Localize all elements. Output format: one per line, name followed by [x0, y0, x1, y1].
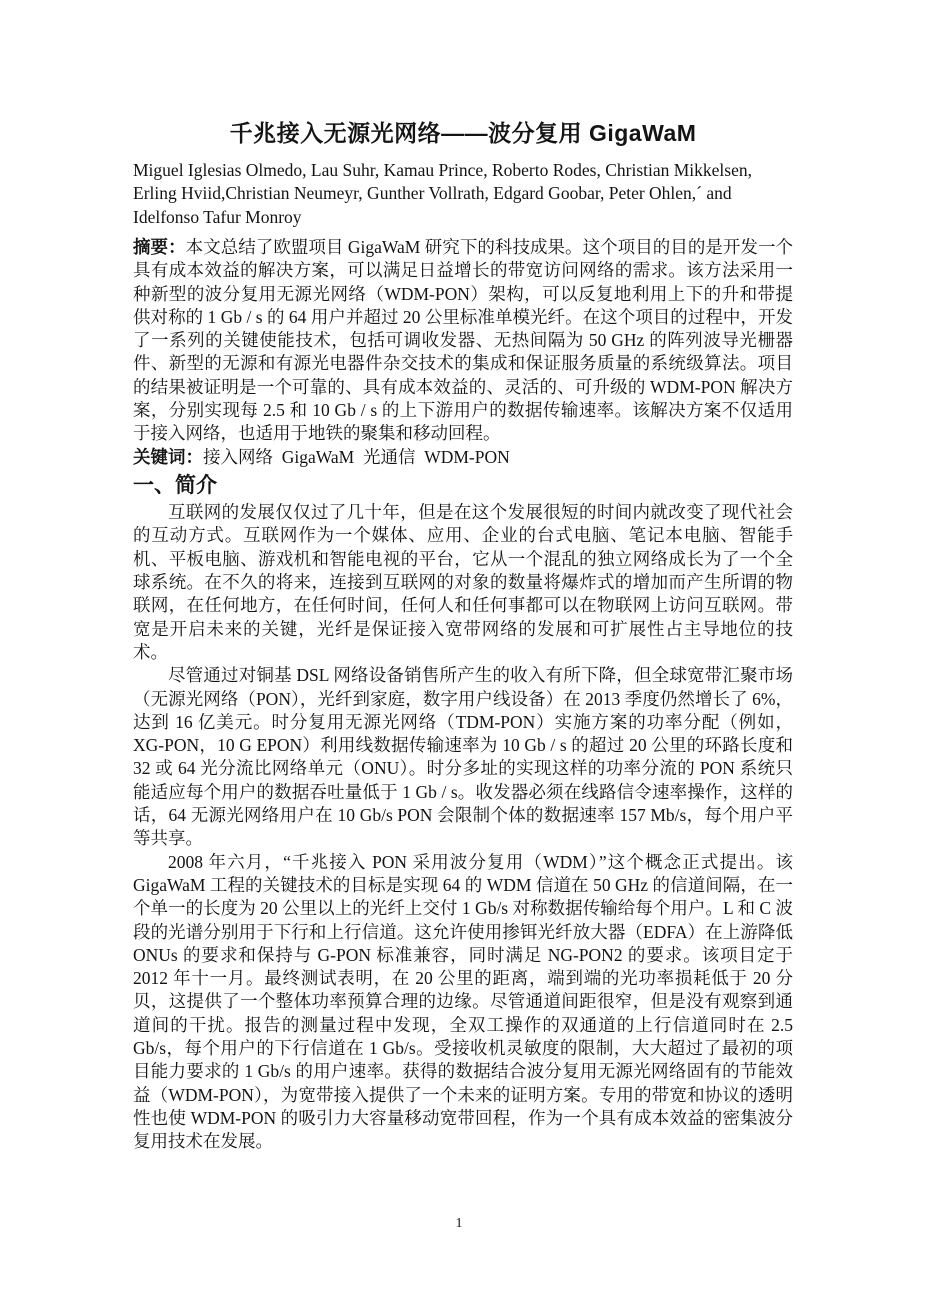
abstract-paragraph: 摘要：本文总结了欧盟项目 GigaWaM 研究下的科技成果。这个项目的目的是开发…	[133, 236, 793, 446]
body-paragraph: 2008 年六月，“千兆接入 PON 采用波分复用（WDM）”这个概念正式提出。…	[133, 851, 793, 1154]
document-page: 千兆接入无源光网络——波分复用 GigaWaM Miguel Iglesias …	[0, 0, 926, 1309]
body-paragraph: 尽管通过对铜基 DSL 网络设备销售所产生的收入有所下降，但全球宽带汇聚市场（无…	[133, 664, 793, 850]
body-paragraph: 互联网的发展仅仅过了几十年，但是在这个发展很短的时间内就改变了现代社会的互动方式…	[133, 501, 793, 664]
section-body: 互联网的发展仅仅过了几十年，但是在这个发展很短的时间内就改变了现代社会的互动方式…	[133, 501, 793, 1153]
keywords-text: 接入网络 GigaWaM 光通信 WDM-PON	[203, 447, 510, 467]
page-number: 1	[0, 1216, 918, 1232]
author-line: Miguel Iglesias Olmedo, Lau Suhr, Kamau …	[133, 159, 793, 182]
author-line: Erling Hviid,Christian Neumeyr, Gunther …	[133, 182, 793, 205]
keywords-label: 关键词：	[133, 447, 203, 467]
abstract-text: 本文总结了欧盟项目 GigaWaM 研究下的科技成果。这个项目的目的是开发一个具…	[133, 237, 793, 443]
section-heading-introduction: 一、简介	[133, 473, 793, 499]
author-list: Miguel Iglesias Olmedo, Lau Suhr, Kamau …	[133, 159, 793, 229]
paper-title: 千兆接入无源光网络——波分复用 GigaWaM	[133, 118, 793, 149]
author-line: Idelfonso Tafur Monroy	[133, 206, 793, 229]
abstract-label: 摘要：	[133, 237, 186, 257]
keywords-line: 关键词：接入网络 GigaWaM 光通信 WDM-PON	[133, 446, 793, 469]
